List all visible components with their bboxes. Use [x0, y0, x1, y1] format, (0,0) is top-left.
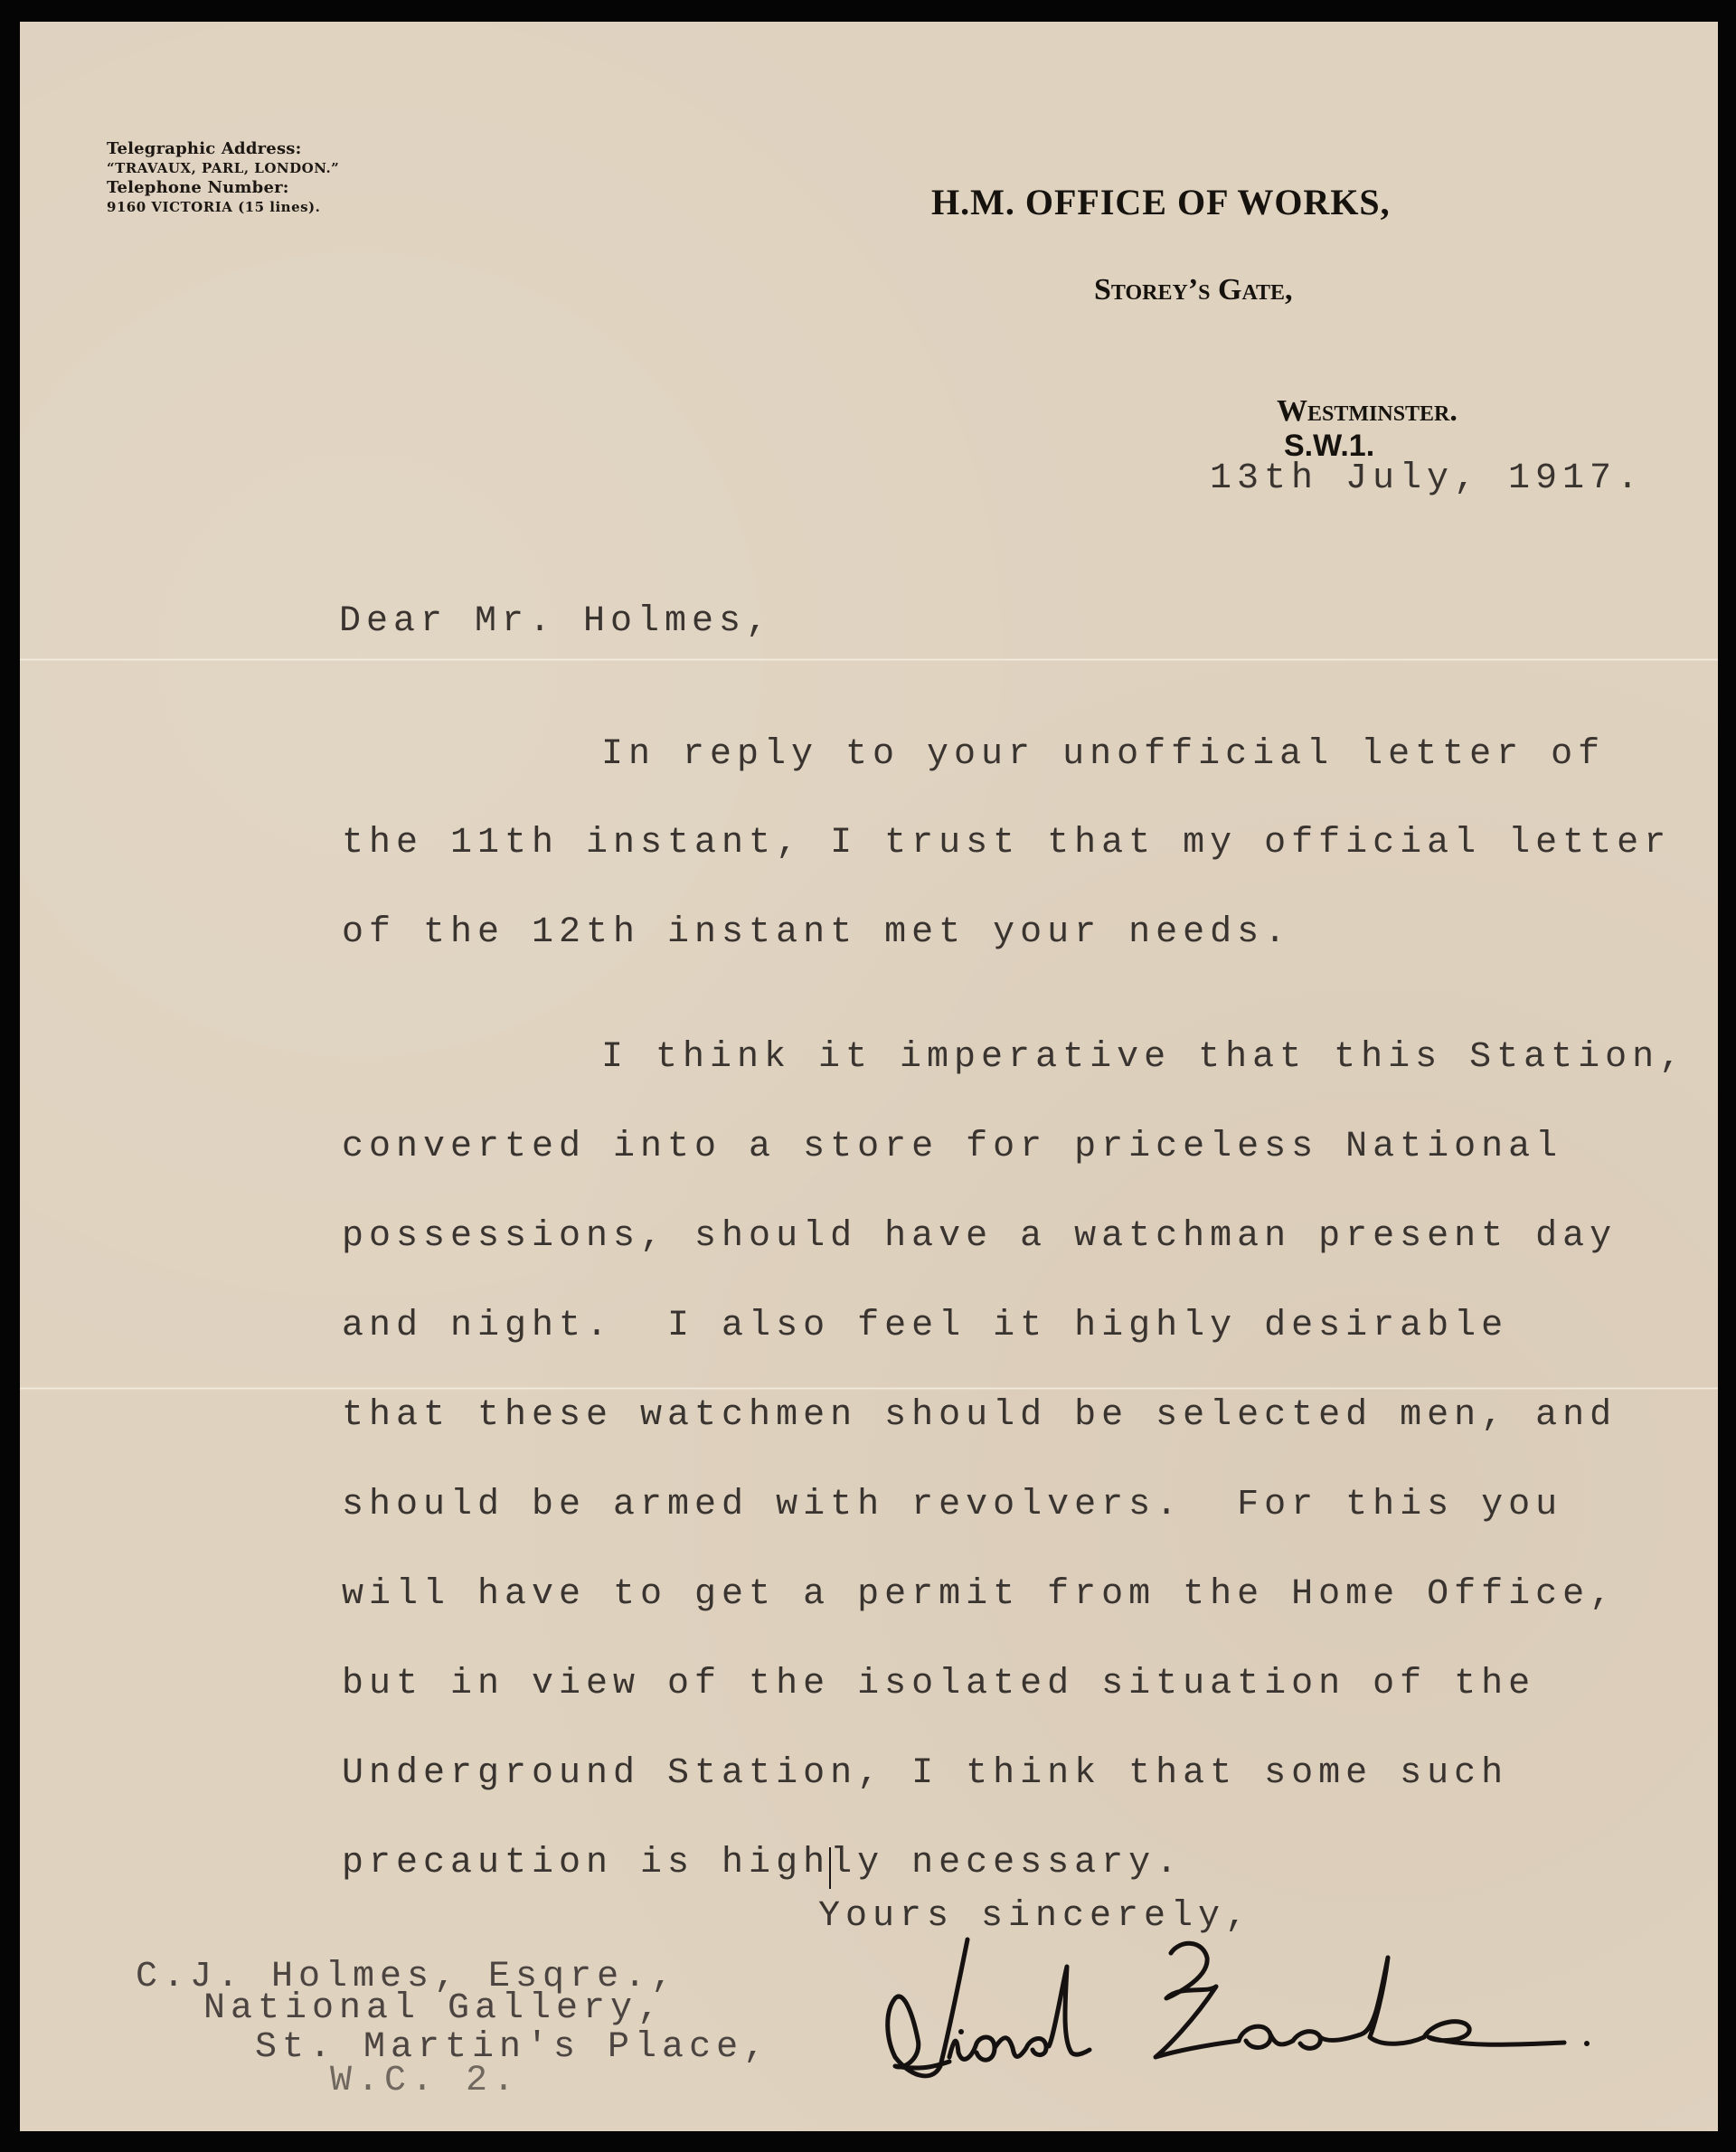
telegraphic-label: Telegraphic Address: [107, 139, 302, 158]
body-line: converted into a store for priceless Nat… [342, 1129, 1562, 1166]
office-name: H.M. OFFICE OF WORKS, [931, 181, 1391, 223]
fold-crease [20, 658, 1718, 661]
body-line: will have to get a permit from the Home … [342, 1577, 1617, 1613]
salutation: Dear Mr. Holmes, [339, 604, 773, 640]
telephone-label: Telephone Number: [107, 178, 289, 197]
addressee-line: W.C. 2. [330, 2063, 520, 2100]
body-line: possessions, should have a watchman pres… [342, 1219, 1617, 1255]
body-line: Underground Station, I think that some s… [342, 1756, 1508, 1792]
telephone-number: Telephone Number: 9160 VICTORIA (15 line… [95, 159, 320, 216]
letter-date: 13th July, 1917. [1210, 461, 1644, 497]
street-address: Storey’s Gate, [1094, 273, 1293, 307]
district-line: Westminster. S.W.1. [1261, 360, 1458, 464]
body-line: precaution is highly necessary. [342, 1845, 1183, 1882]
body-line: and night. I also feel it highly desirab… [342, 1308, 1508, 1345]
correction-mark [829, 1847, 831, 1889]
addressee-line: National Gallery, [203, 1991, 665, 2027]
closing: Yours sincerely, [818, 1899, 1252, 1935]
body-line: but in view of the isolated situation of… [342, 1666, 1535, 1703]
district: Westminster. [1277, 394, 1458, 428]
body-line: that these watchmen should be selected m… [342, 1398, 1617, 1434]
fold-crease [20, 1387, 1718, 1390]
body-line: I think it imperative that this Station, [601, 1040, 1686, 1076]
signature [868, 1930, 1700, 2093]
body-line: the 11th instant, I trust that my offici… [342, 826, 1671, 862]
body-line: of the 12th instant met your needs. [342, 915, 1291, 951]
body-line: In reply to your unofficial letter of [601, 737, 1605, 773]
telephone-value: 9160 VICTORIA (15 lines). [107, 199, 320, 215]
body-line: should be armed with revolvers. For this… [342, 1487, 1562, 1524]
